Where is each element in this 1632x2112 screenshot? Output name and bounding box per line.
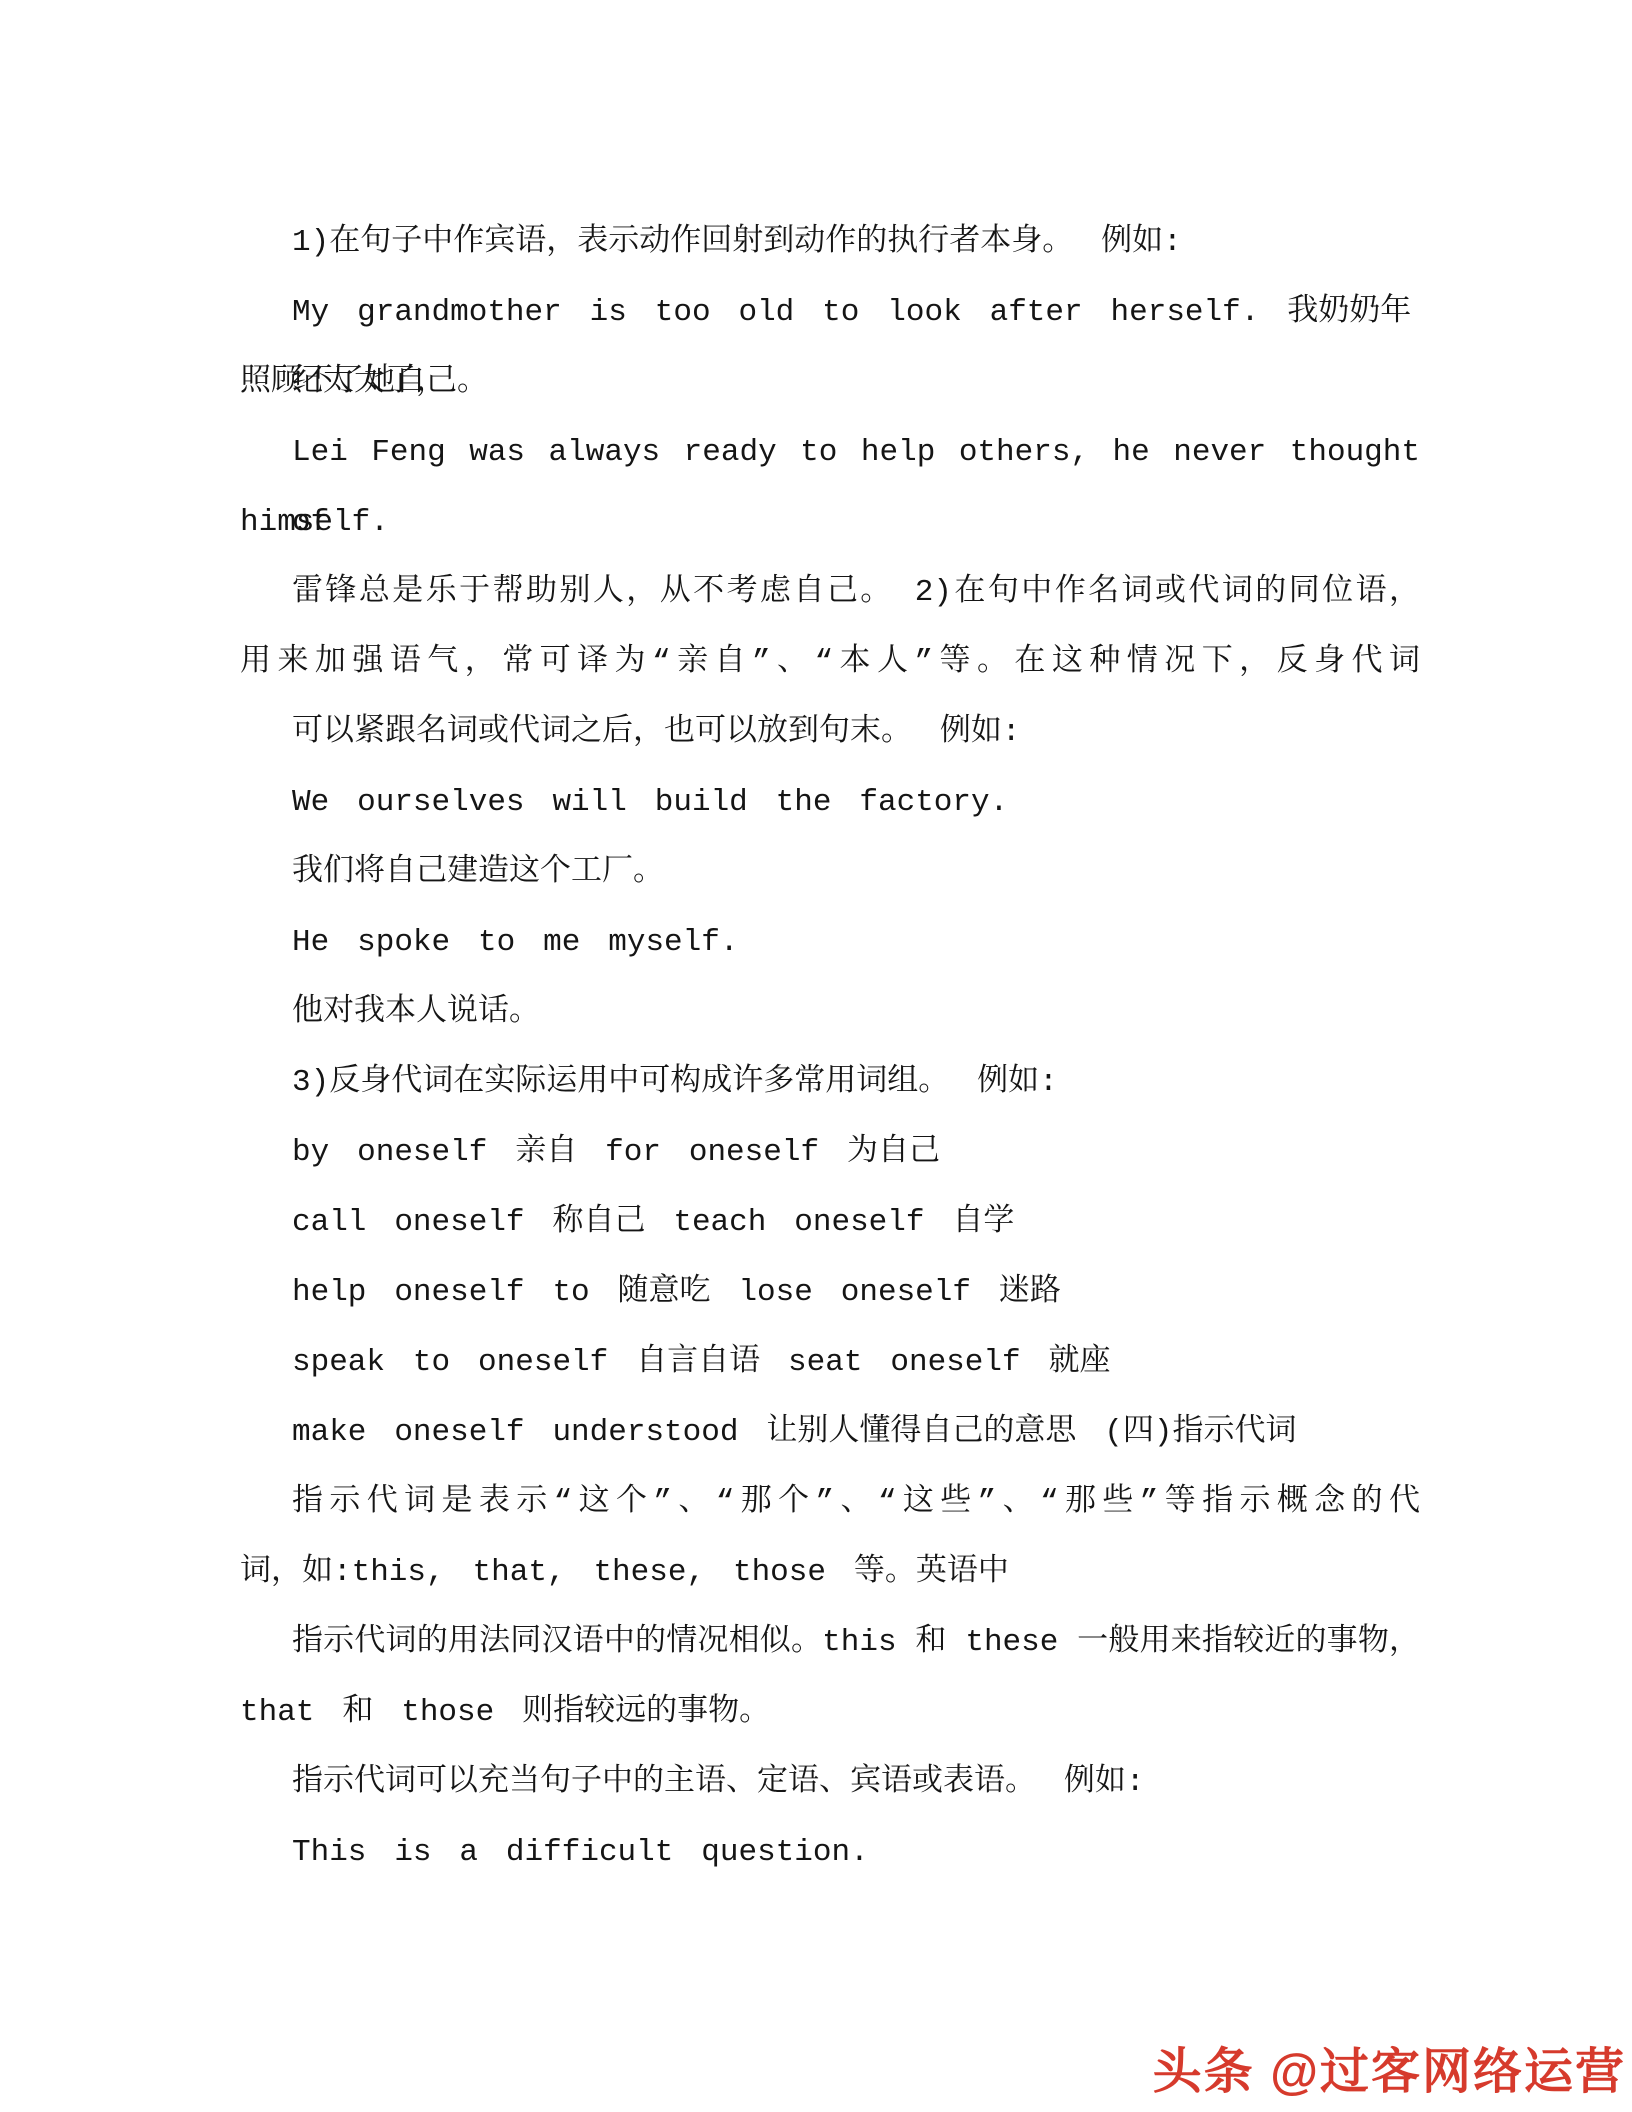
text-line: speak to oneself 自言自语 seat oneself 就座 [240,1328,1420,1398]
text-line: My grandmother is too old to look after … [240,278,1420,348]
text-line: He spoke to me myself. [240,908,1420,978]
text-line: by oneself 亲自 for oneself 为自己 [240,1118,1420,1188]
text-line: that 和 those 则指较远的事物。 [240,1678,1420,1748]
watermark-toutiao: 头条 @过客网络运营 [1153,2040,1626,2104]
text-line: 指示代词的用法同汉语中的情况相似。this 和 these 一般用来指较近的事物… [240,1608,1420,1678]
text-line: 照顾不了她自己。 [240,348,1420,418]
text-line: Lei Feng was always ready to help others… [240,418,1420,488]
text-line: 我们将自己建造这个工厂。 [240,838,1420,908]
text-line: This is a difficult question. [240,1818,1420,1888]
text-line: make oneself understood 让别人懂得自己的意思 (四)指示… [240,1398,1420,1468]
text-line: 词，如:this, that, these, those 等。英语中 [240,1538,1420,1608]
text-line: 3)反身代词在实际运用中可构成许多常用词组。 例如: [240,1048,1420,1118]
text-line: 指示代词是表示“这个”、“那个”、“这些”、“那些”等指示概念的代 [240,1468,1420,1538]
document-page: 1)在句子中作宾语，表示动作回射到动作的执行者本身。 例如: My grandm… [0,0,1632,2112]
text-line: 他对我本人说话。 [240,978,1420,1048]
text-line: 可以紧跟名词或代词之后，也可以放到句末。 例如: [240,698,1420,768]
text-line: help oneself to 随意吃 lose oneself 迷路 [240,1258,1420,1328]
text-line: 用来加强语气，常可译为“亲自”、“本人”等。在这种情况下，反身代词 [240,628,1420,698]
text-line: 指示代词可以充当句子中的主语、定语、宾语或表语。 例如: [240,1748,1420,1818]
text-line: call oneself 称自己 teach oneself 自学 [240,1188,1420,1258]
text-line: himself. [240,488,1420,558]
text-line: 雷锋总是乐于帮助别人，从不考虑自己。 2)在句中作名词或代词的同位语， [240,558,1420,628]
text-line: 1)在句子中作宾语，表示动作回射到动作的执行者本身。 例如: [240,208,1420,278]
text-block: 1)在句子中作宾语，表示动作回射到动作的执行者本身。 例如: My grandm… [240,208,1420,1888]
text-line: We ourselves will build the factory. [240,768,1420,838]
